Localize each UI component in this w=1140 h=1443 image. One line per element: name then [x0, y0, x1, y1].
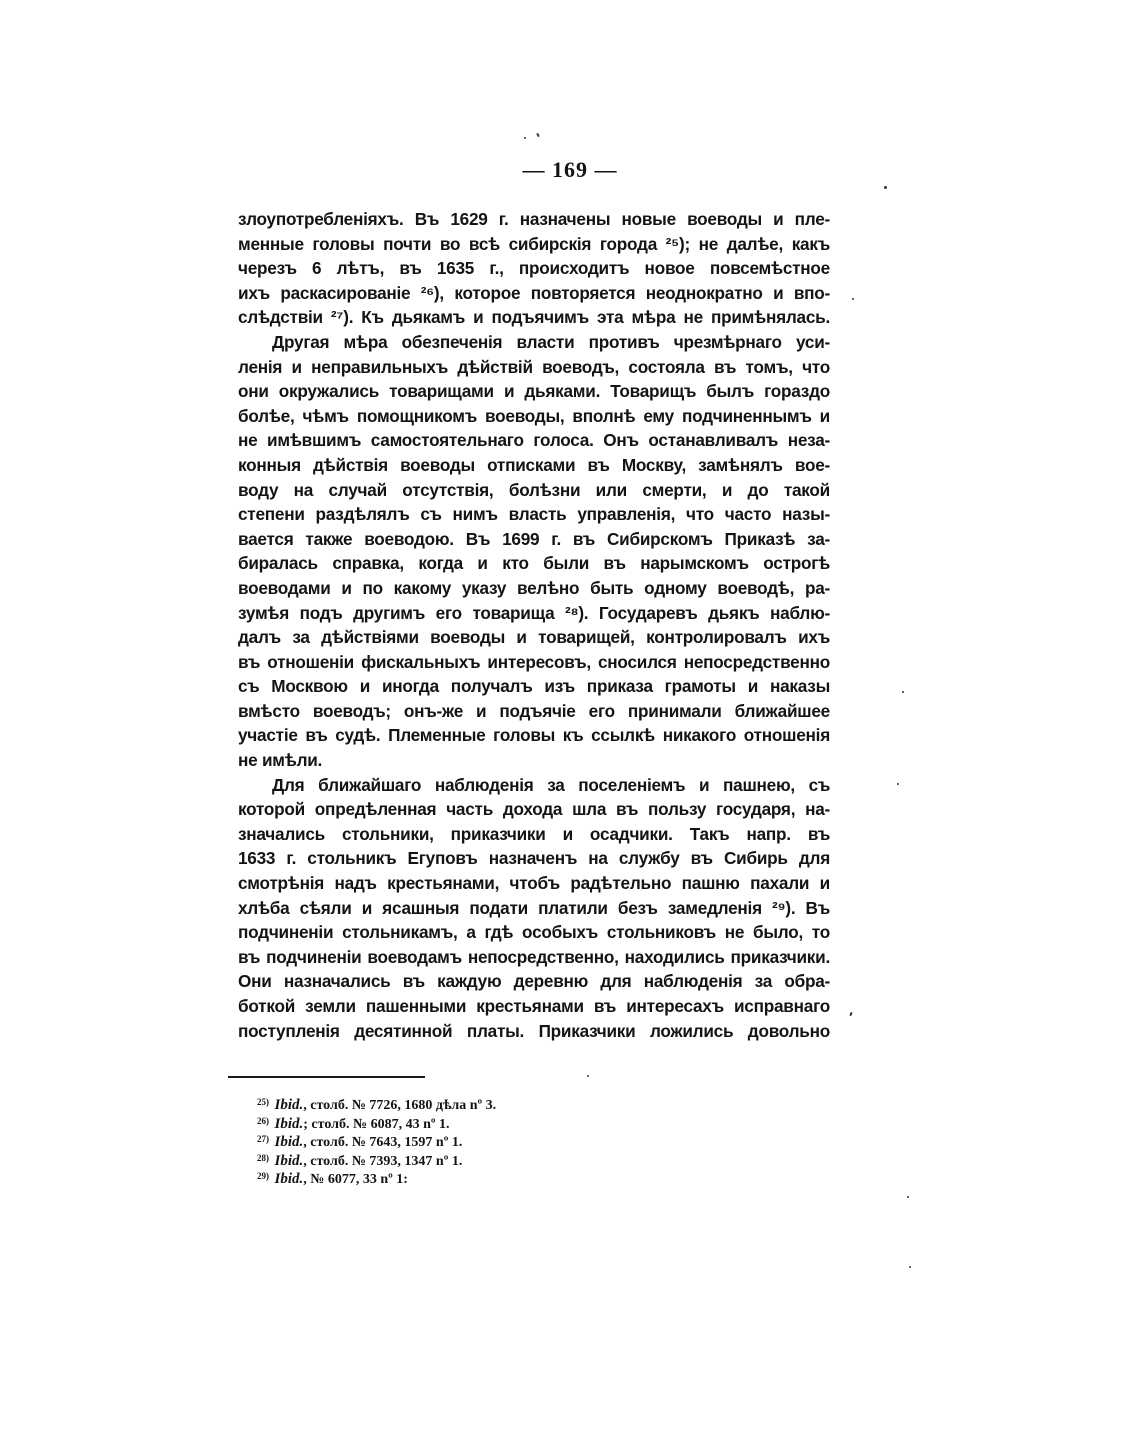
- text-line: менные головы почти во всѣ сибирскія гор…: [238, 232, 830, 257]
- text-line: зумѣя подъ другимъ его товарища ²⁸). Гос…: [238, 601, 830, 626]
- text-line: степени раздѣлялъ съ нимъ власть управле…: [238, 502, 830, 527]
- footnote-ibid: Ibid.: [275, 1153, 304, 1169]
- scan-speck: [852, 298, 854, 300]
- footnote-ibid: Ibid.: [275, 1097, 304, 1113]
- text-line: вается также воеводою. Въ 1699 г. въ Сиб…: [238, 527, 830, 552]
- scan-speck: [902, 691, 904, 693]
- text-line: поступленія десятинной платы. Приказчики…: [238, 1019, 830, 1044]
- scan-speck: [536, 133, 540, 137]
- text-line: далъ за дѣйствіями воеводы и товарищей, …: [238, 625, 830, 650]
- text-line: конныя дѣйствія воеводы отписками въ Мос…: [238, 453, 830, 478]
- text-line: участіе въ судѣ. Племенные головы къ ссы…: [238, 723, 830, 748]
- paragraph: злоупотребленіяхъ. Въ 1629 г. назначены …: [238, 207, 830, 330]
- scan-speck: [907, 1196, 909, 1198]
- footnote-text: , столб. № 7393, 1347 nº 1.: [303, 1154, 462, 1169]
- text-line: Для ближайшаго наблюденія за поселеніемъ…: [238, 773, 830, 798]
- footnotes: 25) Ibid., столб. № 7726, 1680 дѣла nº 3…: [257, 1095, 496, 1188]
- text-line: смотрѣнія надъ крестьянами, чтобъ радѣте…: [238, 871, 830, 896]
- text-line: значались стольники, приказчики и осадчи…: [238, 822, 830, 847]
- footnote-text: , № 6077, 33 nº 1:: [303, 1172, 408, 1187]
- scan-speck: [909, 1266, 911, 1268]
- text-line: воеводами и по какому указу велѣно быть …: [238, 576, 830, 601]
- text-line: Они назначались въ каждую деревню для на…: [238, 969, 830, 994]
- footnote-text: , столб. № 7643, 1597 nº 1.: [303, 1135, 462, 1150]
- text-line: подчиненіи стольникамъ, а гдѣ особыхъ ст…: [238, 920, 830, 945]
- text-line: ихъ раскасированіе ²⁶), которое повторяе…: [238, 281, 830, 306]
- text-line: не имѣли.: [238, 748, 830, 773]
- footnote-ibid: Ibid.: [275, 1171, 304, 1187]
- footnote-26: 26) Ibid.; столб. № 6087, 43 nº 1.: [257, 1114, 496, 1133]
- text-line: болѣе, чѣмъ помощникомъ воеводы, вполнѣ …: [238, 404, 830, 429]
- text-line: вмѣсто воеводъ; онъ-же и подъячіе его пр…: [238, 699, 830, 724]
- text-line: боткой земли пашенными крестьянами въ ин…: [238, 994, 830, 1019]
- footnote-number: 28): [257, 1153, 269, 1163]
- footnote-text: ; столб. № 6087, 43 nº 1.: [303, 1117, 449, 1132]
- text-line: 1633 г. стольникъ Егуповъ назначенъ на с…: [238, 846, 830, 871]
- text-line: они окружались товарищами и дьяками. Тов…: [238, 379, 830, 404]
- footnote-28: 28) Ibid., столб. № 7393, 1347 nº 1.: [257, 1151, 496, 1170]
- paragraph: Другая мѣра обезпеченія власти противъ ч…: [238, 330, 830, 773]
- footnote-25: 25) Ibid., столб. № 7726, 1680 дѣла nº 3…: [257, 1095, 496, 1114]
- footnote-ibid: Ibid.: [275, 1116, 304, 1132]
- body-text: злоупотребленіяхъ. Въ 1629 г. назначены …: [238, 207, 830, 1043]
- text-line: биралась справка, когда и кто были въ на…: [238, 551, 830, 576]
- page-number: — 169 —: [0, 157, 1140, 183]
- text-line: хлѣба сѣяли и ясашныя подати платили без…: [238, 896, 830, 921]
- footnote-number: 29): [257, 1171, 269, 1181]
- paragraph: Для ближайшаго наблюденія за поселеніемъ…: [238, 773, 830, 1044]
- text-line: которой опредѣленная часть дохода шла въ…: [238, 797, 830, 822]
- footnote-ibid: Ibid.: [275, 1134, 304, 1150]
- scan-speck: [884, 186, 887, 189]
- footnote-number: 25): [257, 1097, 269, 1107]
- text-line: злоупотребленіяхъ. Въ 1629 г. назначены …: [238, 207, 830, 232]
- text-line: въ подчиненіи воеводамъ непосредственно,…: [238, 945, 830, 970]
- footnote-number: 26): [257, 1116, 269, 1126]
- text-line: черезъ 6 лѣтъ, въ 1635 г., происходитъ н…: [238, 256, 830, 281]
- footnote-number: 27): [257, 1134, 269, 1144]
- scan-speck: [524, 137, 526, 139]
- footnote-27: 27) Ibid., столб. № 7643, 1597 nº 1.: [257, 1132, 496, 1151]
- footnote-text: , столб. № 7726, 1680 дѣла nº 3.: [303, 1098, 496, 1113]
- scan-speck: [587, 1075, 589, 1077]
- scan-speck: [849, 1012, 852, 1016]
- scan-speck: [897, 783, 899, 785]
- text-line: Другая мѣра обезпеченія власти противъ ч…: [238, 330, 830, 355]
- text-line: слѣдствіи ²⁷). Къ дьякамъ и подъячимъ эт…: [238, 305, 830, 330]
- text-line: не имѣвшимъ самостоятельнаго голоса. Онъ…: [238, 428, 830, 453]
- text-line: съ Москвою и иногда получалъ изъ приказа…: [238, 674, 830, 699]
- text-line: въ отношеніи фискальныхъ интересовъ, сно…: [238, 650, 830, 675]
- text-line: воду на случай отсутствія, болѣзни или с…: [238, 478, 830, 503]
- footnote-divider: [228, 1076, 425, 1078]
- text-line: ленія и неправильныхъ дѣйствій воеводъ, …: [238, 355, 830, 380]
- footnote-29: 29) Ibid., № 6077, 33 nº 1:: [257, 1169, 496, 1188]
